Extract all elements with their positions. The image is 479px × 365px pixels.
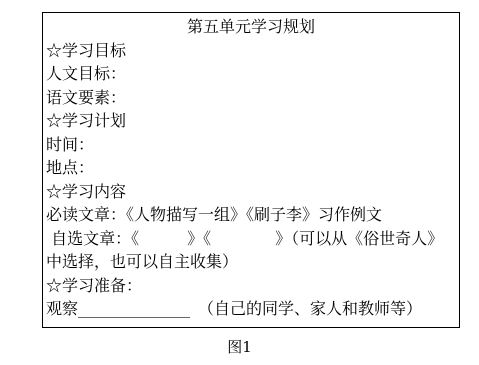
line-humanistic-goal: 人文目标： [46,62,459,86]
study-plan-box: 第五单元学习规划 ☆学习目标 人文目标： 语文要素： ☆学习计划 时间： 地点：… [42,12,460,328]
figure-caption: 图1 [0,337,479,357]
line-required-articles: 必读文章：《人物描写一组》《刷子李》习作例文 [46,203,459,227]
line-study-content-header: ☆学习内容 [46,180,459,204]
box-title: 第五单元学习规划 [46,15,459,39]
line-optional-articles-continued: 中选择，也可以自主收集） [46,250,459,274]
line-optional-articles: 自选文章：《 》《 》（可以从《俗世奇人》 [46,227,459,251]
line-time: 时间： [46,133,459,157]
line-study-plan-header: ☆学习计划 [46,109,459,133]
line-study-preparation-header: ☆学习准备： [46,274,459,298]
line-place: 地点： [46,156,459,180]
line-language-elements: 语文要素： [46,86,459,110]
line-study-goals-header: ☆学习目标 [46,39,459,63]
line-observation-blank: 观察______________ （自己的同学、家人和教师等） [46,297,459,321]
